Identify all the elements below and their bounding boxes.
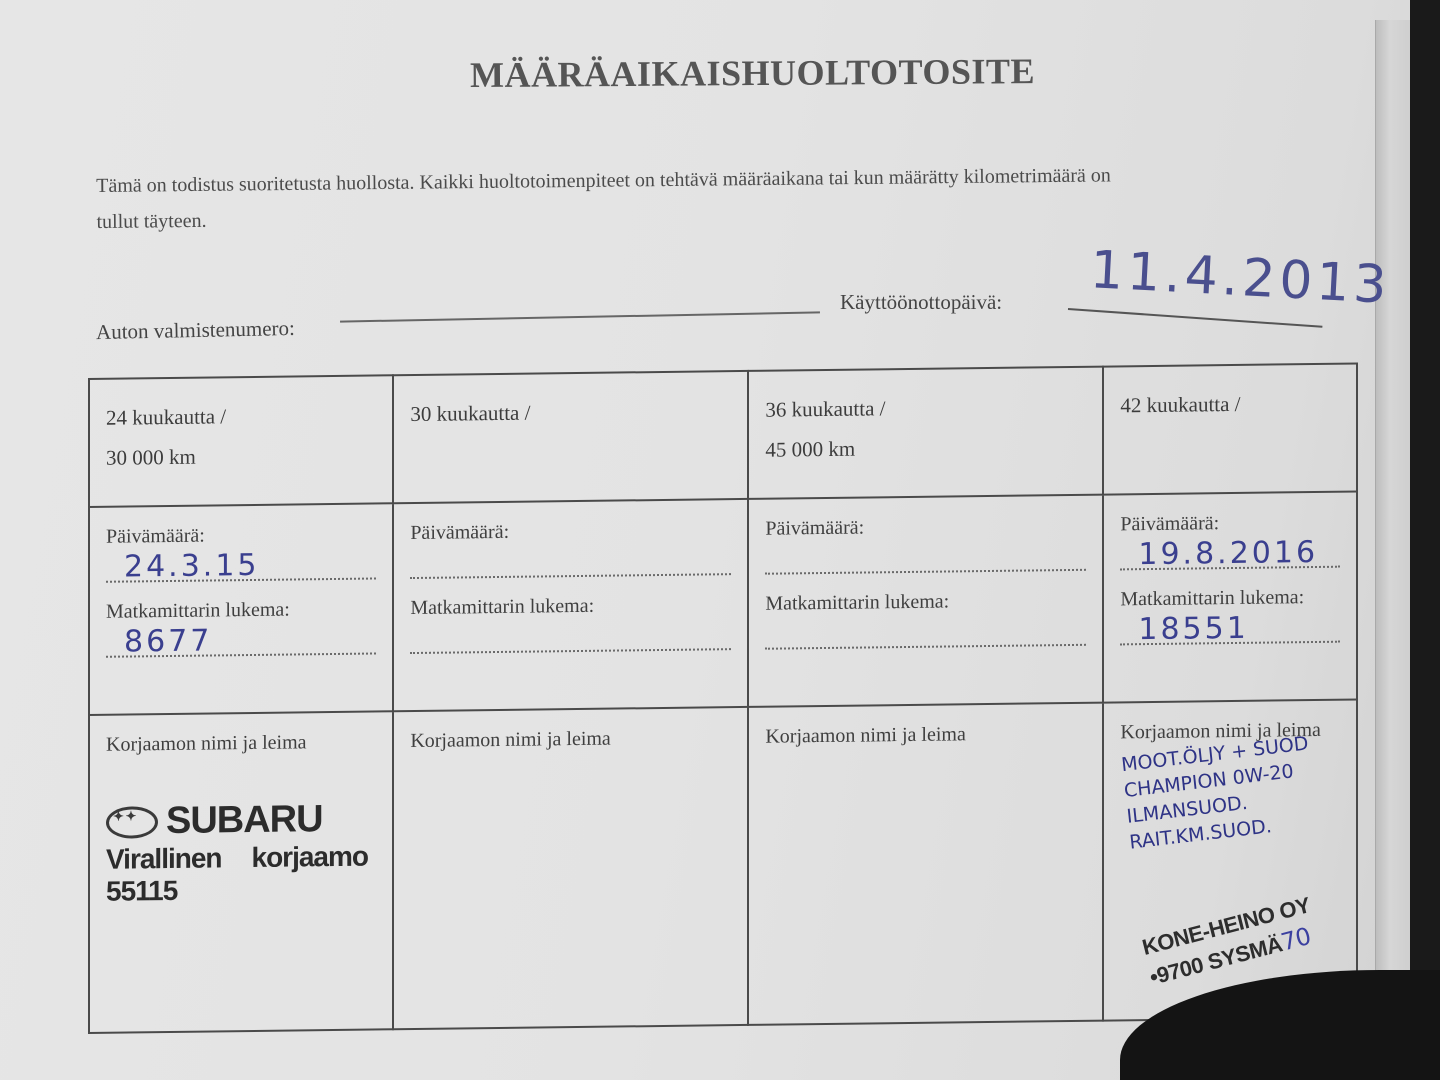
reading-row: Päivämäärä: 24.3.15 Matkamittarin lukema… <box>89 491 1357 714</box>
reading-cell-2: Päivämäärä: Matkamittarin lukema: <box>393 499 748 711</box>
workshop-cell-1: Korjaamon nimi ja leima SUBARU Viralline… <box>89 711 393 1033</box>
vin-label: Auton valmistenumero: <box>96 316 295 345</box>
booklet-page: MÄÄRÄAIKAISHUOLTOTOSITE Tämä on todistus… <box>0 0 1410 1080</box>
odometer-value: 8677 <box>124 623 212 659</box>
interval-months: 24 kuukautta / <box>106 394 376 437</box>
subaru-logo: SUBARU <box>106 797 376 843</box>
date-field[interactable]: 24.3.15 <box>106 547 376 582</box>
stamp-line-2: Virallinen korjaamo <box>106 841 368 876</box>
next-page-edge <box>1375 20 1410 1020</box>
interval-months: 42 kuukautta / <box>1120 383 1340 426</box>
reading-cell-1: Päivämäärä: 24.3.15 Matkamittarin lukema… <box>89 503 393 715</box>
workshop-label: Korjaamon nimi ja leima <box>106 730 376 756</box>
interval-cell-1: 24 kuukautta / 30 000 km <box>89 375 393 507</box>
date-label: Päivämäärä: <box>106 522 376 548</box>
date-label: Päivämäärä: <box>765 514 1086 541</box>
interval-months: 30 kuukautta / <box>410 390 731 434</box>
odometer-label: Matkamittarin lukema: <box>106 597 376 623</box>
service-notes: Moot.öljy + suod Champion 0W-20 Ilmansuo… <box>1120 727 1349 856</box>
subaru-stars-icon <box>106 806 158 839</box>
brand-name: SUBARU <box>166 798 323 843</box>
date-value: 19.8.2016 <box>1138 535 1318 572</box>
interval-km: 45 000 km <box>765 426 1086 470</box>
service-table: 24 kuukautta / 30 000 km 30 kuukautta / … <box>88 362 1358 1034</box>
first-use-date-value[interactable]: 11.4.2013 <box>1089 240 1392 316</box>
workshop-cell-3: Korjaamon nimi ja leima <box>748 703 1103 1025</box>
date-label: Päivämäärä: <box>410 518 731 545</box>
stamp-word-official: Virallinen <box>106 842 222 875</box>
date-label: Päivämäärä: <box>1120 511 1340 537</box>
interval-row: 24 kuukautta / 30 000 km 30 kuukautta / … <box>89 363 1357 506</box>
odometer-field[interactable]: 8677 <box>106 622 376 657</box>
workshop-cell-2: Korjaamon nimi ja leima <box>393 707 748 1029</box>
workshop-label: Korjaamon nimi ja leima <box>765 722 1086 749</box>
stamp-word-workshop: korjaamo <box>252 841 369 874</box>
date-field[interactable]: 19.8.2016 <box>1120 536 1340 571</box>
interval-months: 36 kuukautta / <box>765 386 1086 430</box>
odometer-field[interactable] <box>410 618 731 654</box>
vin-field[interactable] <box>340 311 820 322</box>
odometer-field[interactable] <box>765 614 1086 650</box>
stamp-initials: 70 <box>1279 922 1314 957</box>
date-value: 24.3.15 <box>124 548 260 585</box>
odometer-label: Matkamittarin lukema: <box>765 589 1086 616</box>
reading-cell-4: Päivämäärä: 19.8.2016 Matkamittarin luke… <box>1103 491 1357 702</box>
odometer-label: Matkamittarin lukema: <box>410 593 731 620</box>
stamp-number: 55115 <box>106 872 376 907</box>
date-field[interactable] <box>765 539 1086 575</box>
interval-cell-3: 36 kuukautta / 45 000 km <box>748 367 1103 499</box>
first-use-date-label: Käyttöönottopäivä: <box>840 290 1002 315</box>
odometer-value: 18551 <box>1138 611 1248 647</box>
interval-cell-2: 30 kuukautta / <box>393 371 748 503</box>
first-use-date-line <box>1068 308 1323 328</box>
reading-cell-3: Päivämäärä: Matkamittarin lukema: <box>748 495 1103 707</box>
odometer-field[interactable]: 18551 <box>1120 611 1340 646</box>
workshop-row: Korjaamon nimi ja leima SUBARU Viralline… <box>89 699 1357 1032</box>
interval-km: 30 000 km <box>106 434 376 477</box>
page-title: MÄÄRÄAIKAISHUOLTOTOSITE <box>470 50 1060 96</box>
intro-text: Tämä on todistus suoritetusta huollosta.… <box>96 155 1377 240</box>
workshop-label: Korjaamon nimi ja leima <box>410 726 731 753</box>
interval-cell-4: 42 kuukautta / <box>1103 363 1357 494</box>
date-field[interactable] <box>410 543 731 579</box>
subaru-stamp: SUBARU Virallinen korjaamo 55115 <box>106 797 376 907</box>
odometer-label: Matkamittarin lukema: <box>1120 586 1340 612</box>
